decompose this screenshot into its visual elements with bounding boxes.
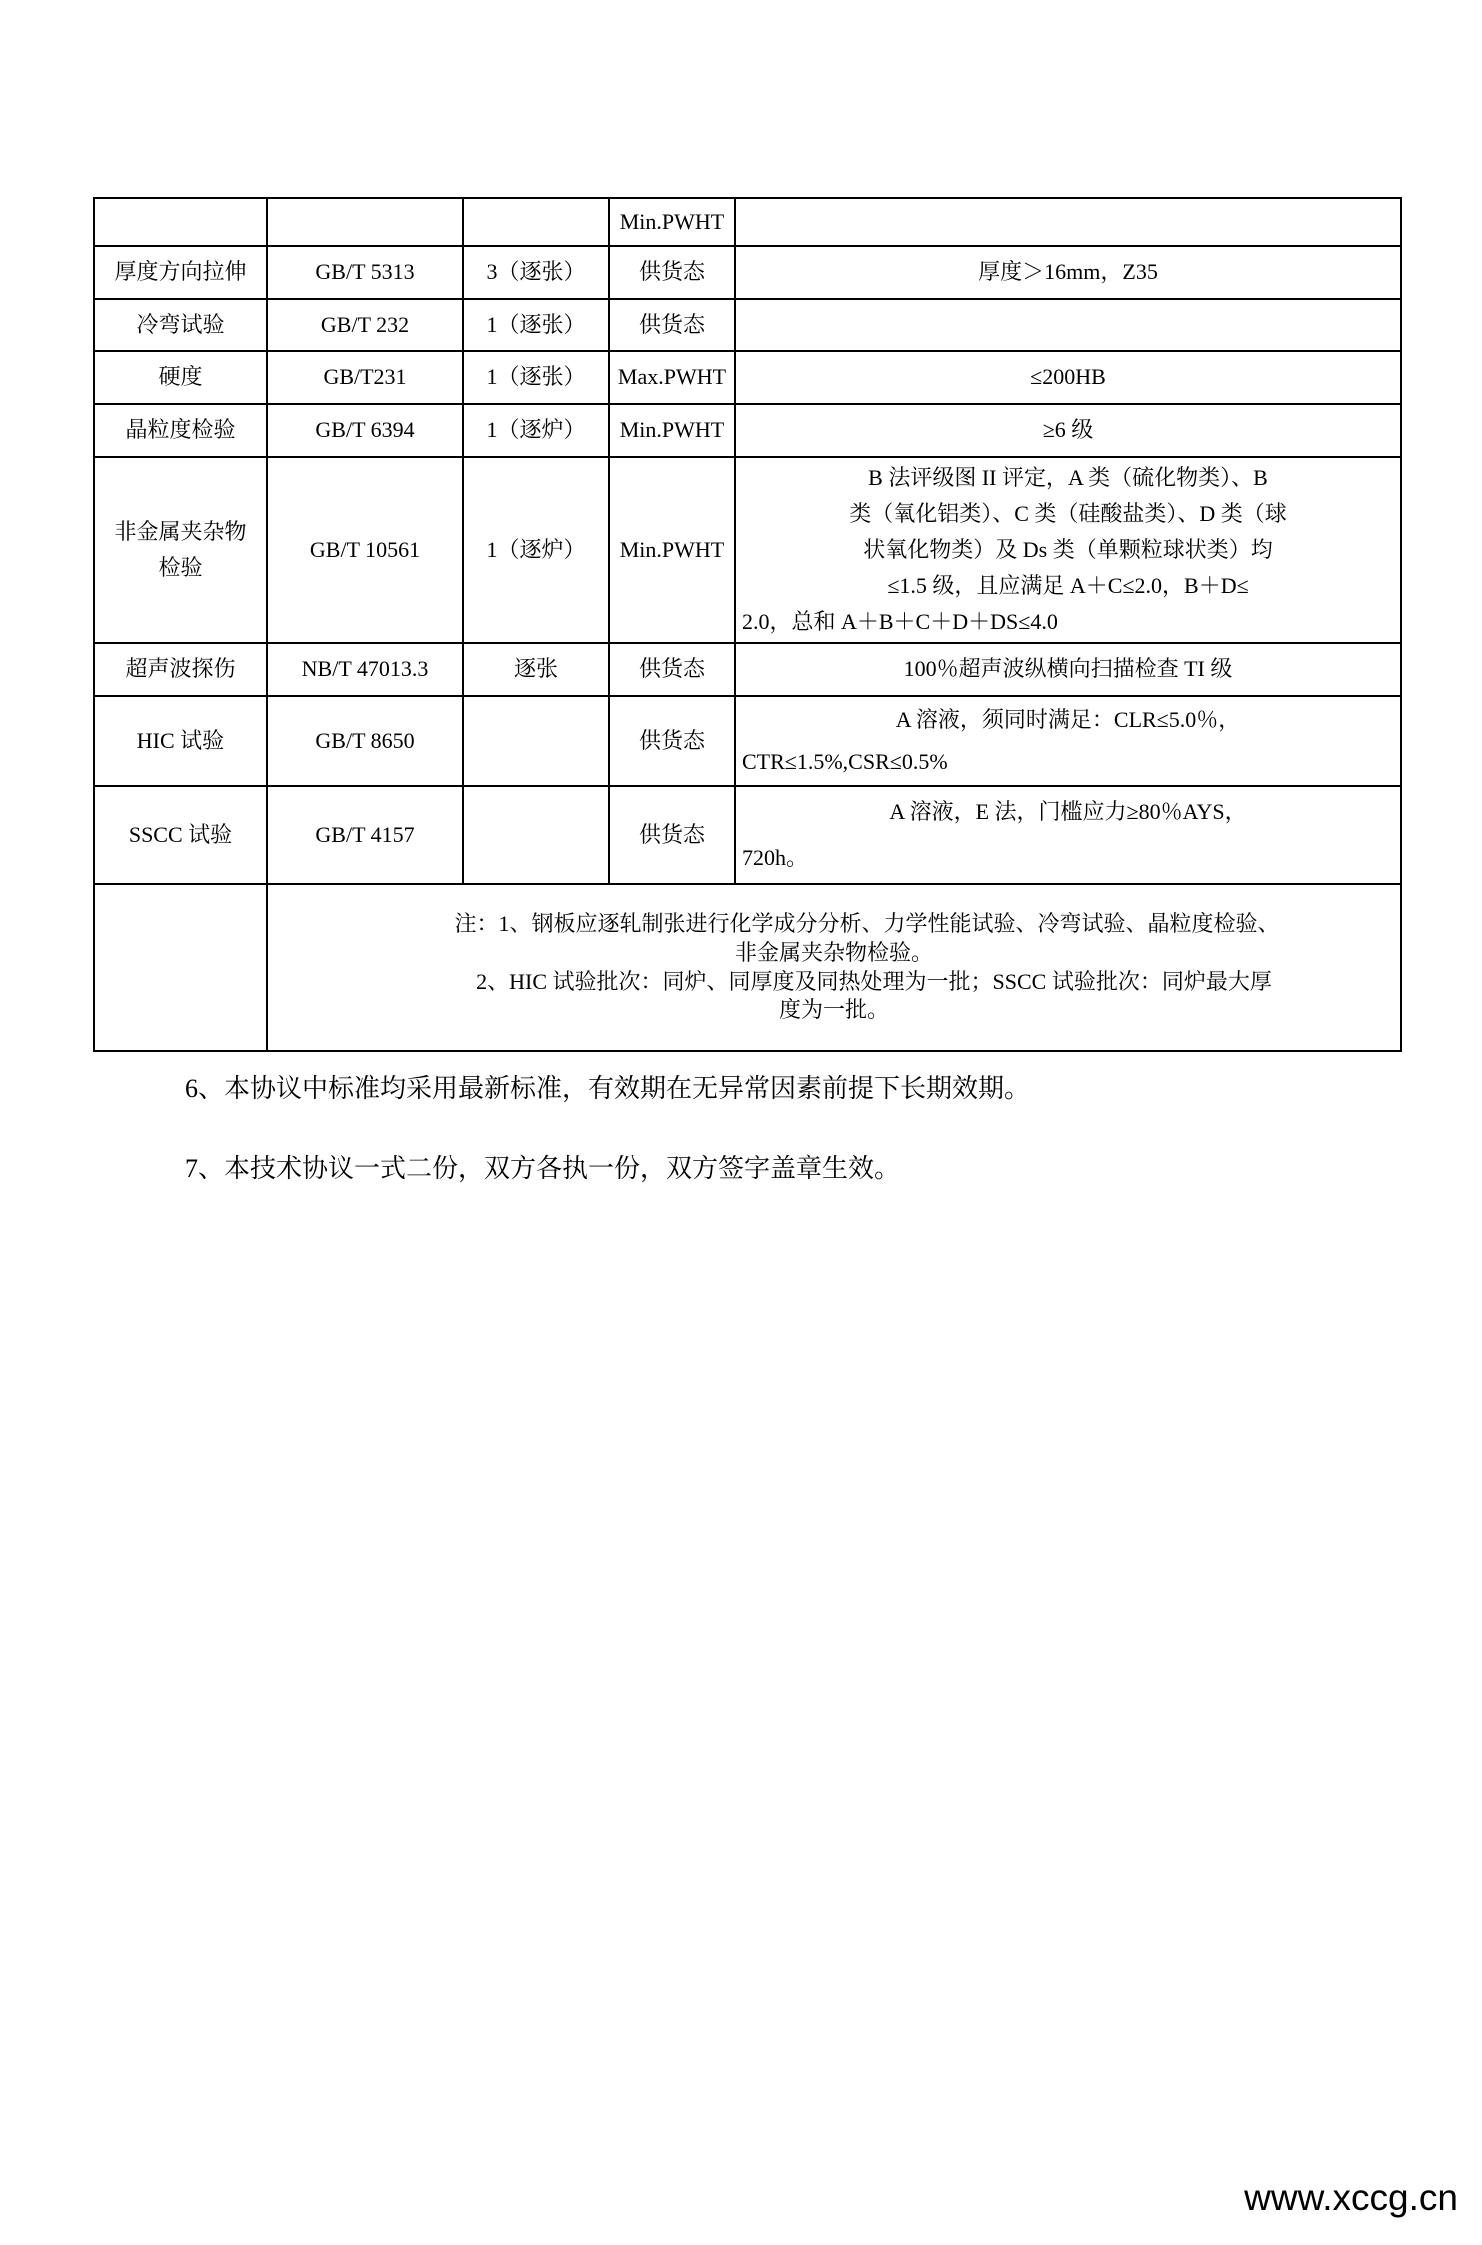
cell-standard: GB/T 5313 (267, 246, 463, 299)
cell-requirement: ≤200HB (735, 351, 1401, 404)
cell-requirement: 100％超声波纵横向扫描检查 TI 级 (735, 643, 1401, 696)
cell-state: 供货态 (609, 696, 735, 786)
cell-state: Min.PWHT (609, 198, 735, 246)
requirement-line: A 溶液，须同时满足：CLR≤5.0％， (742, 699, 1394, 741)
requirement-line: 720h。 (742, 835, 1394, 881)
cell-state: 供货态 (609, 246, 735, 299)
note-line: 非金属夹杂物检验。 (274, 939, 1394, 968)
requirement-line: 2.0，总和 A＋B＋C＋D＋DS≤4.0 (742, 604, 1394, 640)
requirement-line: 状氧化物类）及 Ds 类（单颗粒球状类）均 (742, 532, 1394, 568)
cell-item: 硬度 (94, 351, 267, 404)
cell-item: 厚度方向拉伸 (94, 246, 267, 299)
item-line: 非金属夹杂物 (101, 514, 260, 550)
cell-item: 晶粒度检验 (94, 404, 267, 457)
cell-requirement: A 溶液，E 法，门槛应力≥80％AYS， 720h。 (735, 786, 1401, 884)
table-row-grain-size-inspection: 晶粒度检验 GB/T 6394 1（逐炉） Min.PWHT ≥6 级 (94, 404, 1401, 457)
cell-item (94, 198, 267, 246)
note-line: 度为一批。 (274, 996, 1394, 1025)
cell-requirement: B 法评级图 II 评定，A 类（硫化物类）、B 类（氧化铝类）、C 类（硅酸盐… (735, 457, 1401, 643)
cell-requirement: A 溶液，须同时满足：CLR≤5.0％， CTR≤1.5%,CSR≤0.5% (735, 696, 1401, 786)
site-watermark: www.xccg.cn (1244, 2177, 1458, 2219)
cell-item: HIC 试验 (94, 696, 267, 786)
item-line: 检验 (101, 550, 260, 586)
cell-standard: GB/T 232 (267, 299, 463, 351)
note-line: 注：1、钢板应逐轧制张进行化学成分分析、力学性能试验、冷弯试验、晶粒度检验、 (274, 910, 1394, 939)
cell-item: 非金属夹杂物 检验 (94, 457, 267, 643)
cell-item: SSCC 试验 (94, 786, 267, 884)
cell-quantity (463, 696, 609, 786)
cell-item: 冷弯试验 (94, 299, 267, 351)
table-row-notes: 注：1、钢板应逐轧制张进行化学成分分析、力学性能试验、冷弯试验、晶粒度检验、 非… (94, 884, 1401, 1051)
cell-state: 供货态 (609, 786, 735, 884)
table-row-sscc-test: SSCC 试验 GB/T 4157 供货态 A 溶液，E 法，门槛应力≥80％A… (94, 786, 1401, 884)
table-row-through-thickness-tensile: 厚度方向拉伸 GB/T 5313 3（逐张） 供货态 厚度＞16mm，Z35 (94, 246, 1401, 299)
requirement-line: B 法评级图 II 评定，A 类（硫化物类）、B (742, 460, 1394, 496)
cell-standard: NB/T 47013.3 (267, 643, 463, 696)
requirement-line: CTR≤1.5%,CSR≤0.5% (742, 741, 1394, 783)
cell-item: 超声波探伤 (94, 643, 267, 696)
cell-requirement: 厚度＞16mm，Z35 (735, 246, 1401, 299)
cell-requirement (735, 299, 1401, 351)
cell-state: Min.PWHT (609, 457, 735, 643)
cell-standard: GB/T 4157 (267, 786, 463, 884)
cell-requirement: ≥6 级 (735, 404, 1401, 457)
cell-standard: GB/T 8650 (267, 696, 463, 786)
cell-quantity: 1（逐张） (463, 299, 609, 351)
cell-notes: 注：1、钢板应逐轧制张进行化学成分分析、力学性能试验、冷弯试验、晶粒度检验、 非… (267, 884, 1401, 1051)
table-row-hic-test: HIC 试验 GB/T 8650 供货态 A 溶液，须同时满足：CLR≤5.0％… (94, 696, 1401, 786)
cell-standard: GB/T 6394 (267, 404, 463, 457)
table-row-nonmetallic-inclusion: 非金属夹杂物 检验 GB/T 10561 1（逐炉） Min.PWHT B 法评… (94, 457, 1401, 643)
cell-standard (267, 198, 463, 246)
cell-standard: GB/T 10561 (267, 457, 463, 643)
cell-requirement (735, 198, 1401, 246)
note-line: 2、HIC 试验批次：同炉、同厚度及同热处理为一批；SSCC 试验批次：同炉最大… (274, 968, 1394, 997)
table-row-ultrasonic-inspection: 超声波探伤 NB/T 47013.3 逐张 供货态 100％超声波纵横向扫描检查… (94, 643, 1401, 696)
cell-quantity: 1（逐张） (463, 351, 609, 404)
cell-quantity: 1（逐炉） (463, 457, 609, 643)
table-row-hardness: 硬度 GB/T231 1（逐张） Max.PWHT ≤200HB (94, 351, 1401, 404)
cell-quantity (463, 786, 609, 884)
cell-state: Max.PWHT (609, 351, 735, 404)
table-row-header-continuation: Min.PWHT (94, 198, 1401, 246)
requirement-line: 类（氧化铝类）、C 类（硅酸盐类）、D 类（球 (742, 496, 1394, 532)
cell-standard: GB/T231 (267, 351, 463, 404)
requirement-line: A 溶液，E 法，门槛应力≥80％AYS， (742, 789, 1394, 835)
table-row-cold-bend-test: 冷弯试验 GB/T 232 1（逐张） 供货态 (94, 299, 1401, 351)
requirement-line: ≤1.5 级，且应满足 A＋C≤2.0，B＋D≤ (742, 568, 1394, 604)
cell-item (94, 884, 267, 1051)
cell-state: 供货态 (609, 299, 735, 351)
inspection-spec-table: Min.PWHT 厚度方向拉伸 GB/T 5313 3（逐张） 供货态 厚度＞1… (93, 197, 1402, 1052)
document-page: Min.PWHT 厚度方向拉伸 GB/T 5313 3（逐张） 供货态 厚度＞1… (0, 0, 1482, 2245)
cell-state: 供货态 (609, 643, 735, 696)
clause-7-paragraph: 7、本技术协议一式二份，双方各执一份，双方签字盖章生效。 (185, 1152, 900, 1186)
cell-state: Min.PWHT (609, 404, 735, 457)
cell-quantity: 逐张 (463, 643, 609, 696)
cell-quantity: 1（逐炉） (463, 404, 609, 457)
cell-quantity (463, 198, 609, 246)
clause-6-paragraph: 6、本协议中标准均采用最新标准，有效期在无异常因素前提下长期效期。 (185, 1072, 1030, 1106)
cell-quantity: 3（逐张） (463, 246, 609, 299)
